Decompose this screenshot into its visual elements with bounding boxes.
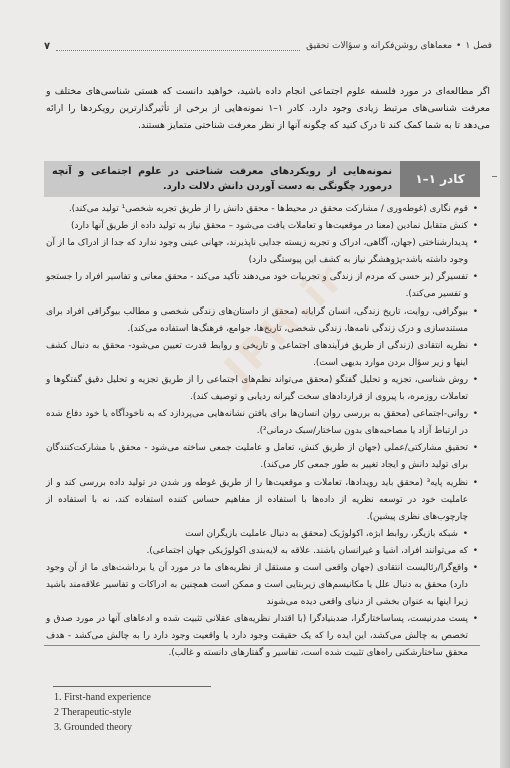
list-item: نظریه انتقادی (زندگی از طریق فرآیندهای ا…	[46, 338, 478, 372]
footnote-1: 1. First-hand experience	[54, 690, 354, 705]
box-header: کادر ۱–۱ نمونه‌هایی از رویکردهای معرفت ش…	[44, 161, 480, 197]
intro-paragraph: اگر مطالعه‌ای در مورد فلسفه علوم اجتماعی…	[46, 83, 490, 134]
footnote-rule	[53, 686, 211, 687]
list-item: واقع‌گرا/رئالیست انتقادی (جهان واقعی است…	[46, 560, 478, 611]
list-item: کنش متقابل نمادین (معنا در موقعیت‌ها و ت…	[46, 218, 478, 235]
list-item: روانی-اجتماعی (محقق به بررسی روان انسان‌…	[46, 406, 478, 440]
margin-mark	[492, 176, 497, 177]
box-bottom-rule	[44, 645, 480, 646]
box-label: کادر ۱–۱	[400, 161, 480, 197]
list-item: تحقیق مشارکتی/عملی (جهان از طریق کنش، تع…	[46, 440, 478, 474]
list-item: قوم نگاری (غوطه‌وری / مشارکت محقق در محی…	[46, 201, 478, 218]
box-title: نمونه‌هایی از رویکردهای معرفت شناختی در …	[44, 161, 400, 197]
page-number: ۷	[44, 41, 50, 52]
footnote-3: 3. Grounded theory	[54, 720, 354, 735]
list-item: بیوگرافی، روایت، تاریخ زندگی، انسان گرای…	[46, 304, 478, 338]
footnote-2: 2 Therapeutic-style	[54, 705, 354, 720]
footnotes: 1. First-hand experience 2 Therapeutic-s…	[54, 690, 354, 735]
list-item: پست مدرنیست، پساساختارگرا، ضدبنیادگرا (ب…	[46, 611, 478, 662]
list-item: تفسیرگر (بر حسی که مردم از زندگی و تجربی…	[46, 269, 478, 303]
running-header: فصل ۱ • معماهای روشن‌فکرانه و سؤالات تحق…	[44, 38, 492, 54]
list-item: نظریه پایه³ (محقق باید رویدادها، تعاملات…	[46, 475, 478, 526]
book-page: فصل ۱ • معماهای روشن‌فکرانه و سؤالات تحق…	[0, 0, 500, 768]
chapter-label: فصل ۱	[465, 41, 492, 51]
list-item: پدیدارشناختی (جهان، آگاهی، ادراک و تجربه…	[46, 235, 478, 269]
list-item: روش شناسی، تجزیه و تحلیل گفتگو (محقق می‌…	[46, 372, 478, 406]
bullet-separator-icon: •	[456, 41, 461, 51]
page-edge-shadow	[500, 0, 510, 768]
list-item: شبکه بازیگر، روابط ابژه، اکولوژیک (محقق …	[46, 526, 478, 543]
list-item: که می‌توانند افراد، اشیا و غیرانسان باشن…	[46, 543, 478, 560]
chapter-title: معماهای روشن‌فکرانه و سؤالات تحقیق	[306, 41, 452, 51]
dotted-leader	[56, 42, 300, 51]
approaches-list: قوم نگاری (غوطه‌وری / مشارکت محقق در محی…	[46, 201, 478, 663]
